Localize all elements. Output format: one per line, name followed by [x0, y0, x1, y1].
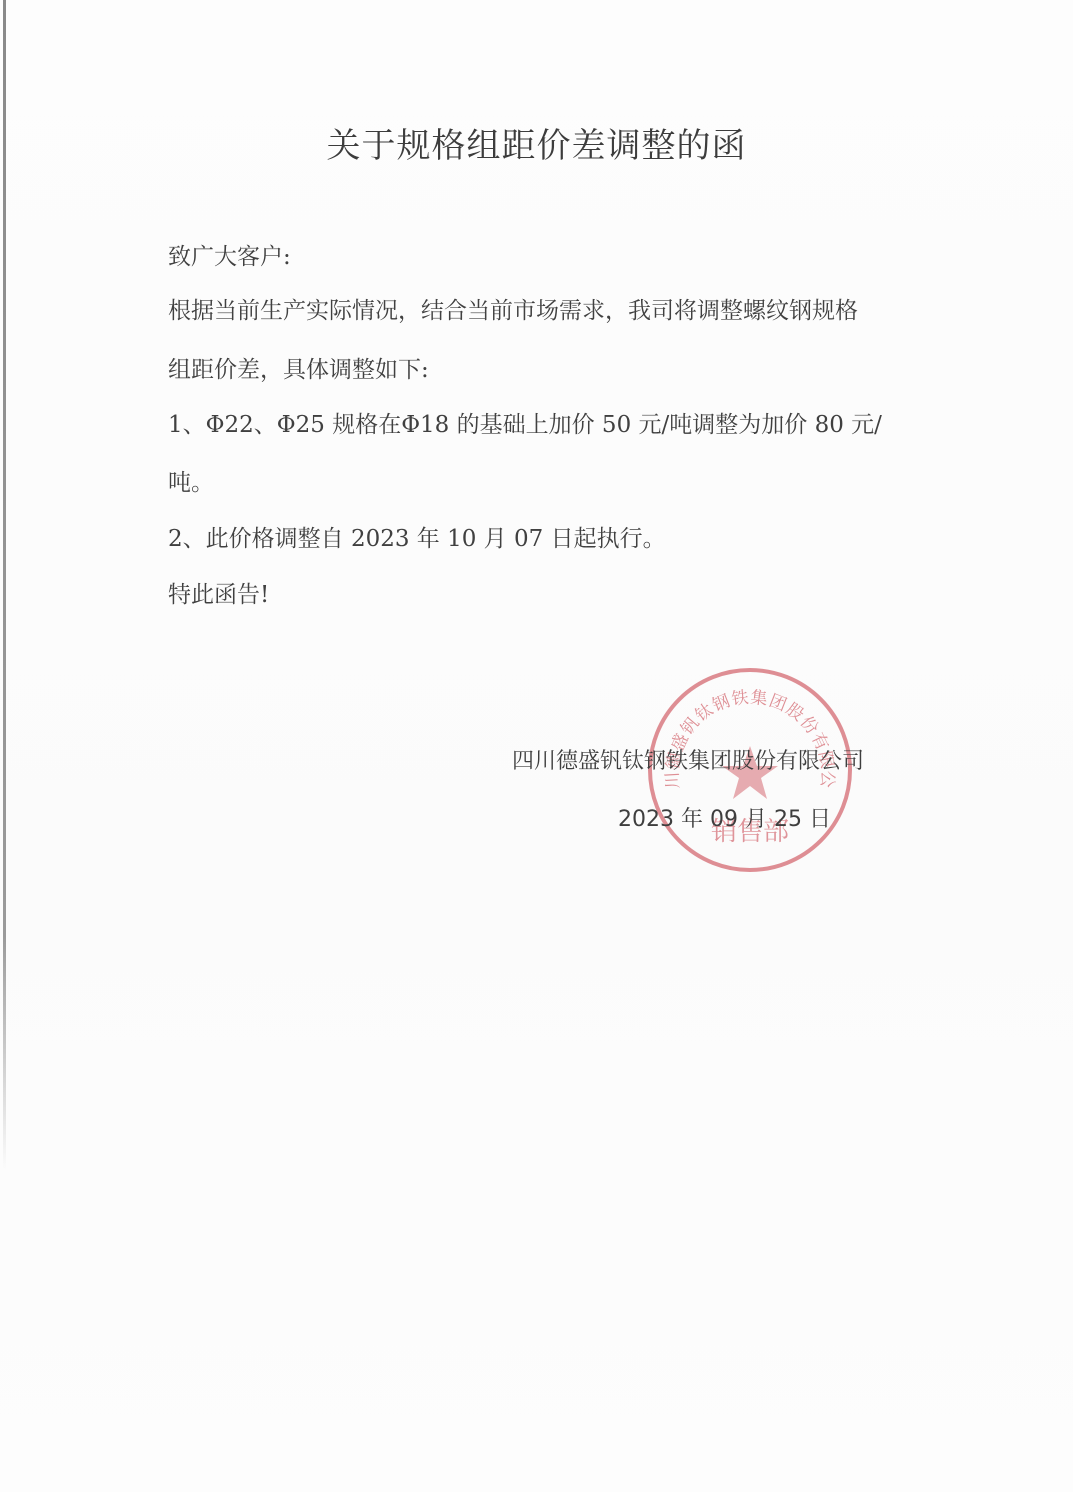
- signature-company: 四川德盛钒钛钢铁集团股份有限公司: [512, 744, 864, 775]
- salutation: 致广大客户:: [168, 243, 291, 271]
- page-edge-line: [3, 0, 6, 1170]
- item-1-line-2: 吨。: [168, 469, 214, 497]
- signature-date: 2023 年 09 月 25 日: [618, 802, 831, 833]
- item-1-line-1: 1、Φ22、Φ25 规格在Φ18 的基础上加价 50 元/吨调整为加价 80 元…: [168, 411, 882, 439]
- closing: 特此函告!: [168, 581, 269, 609]
- item-2: 2、此价格调整自 2023 年 10 月 07 日起执行。: [168, 525, 666, 553]
- body-line-1: 根据当前生产实际情况，结合当前市场需求，我司将调整螺纹钢规格: [168, 297, 858, 325]
- document-title: 关于规格组距价差调整的函: [0, 118, 1073, 167]
- body-line-2: 组距价差，具体调整如下:: [168, 356, 429, 384]
- document-page: 关于规格组距价差调整的函 致广大客户: 根据当前生产实际情况，结合当前市场需求，…: [0, 0, 1073, 1492]
